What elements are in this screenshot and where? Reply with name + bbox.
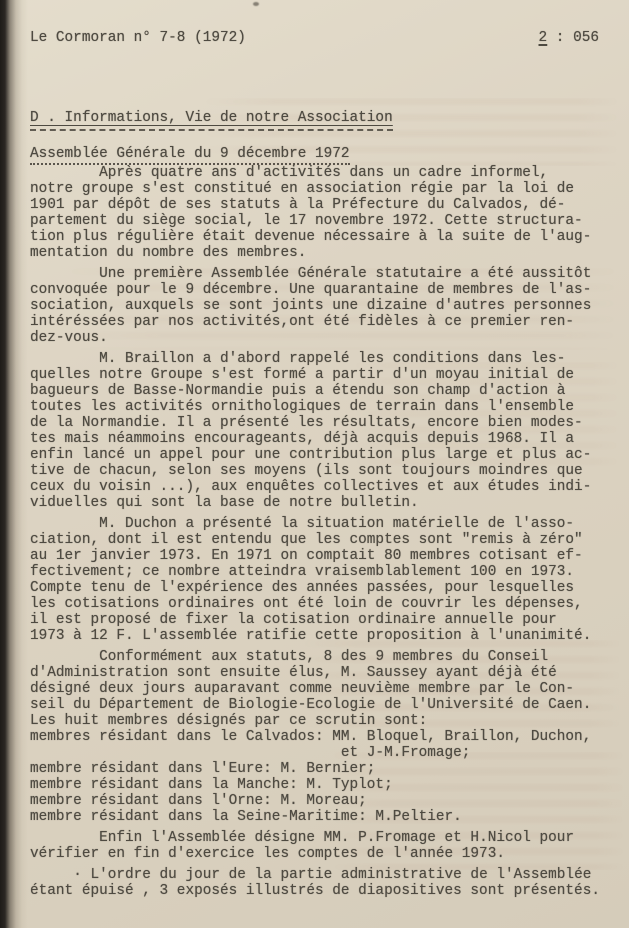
paragraph: M. Braillon a d'abord rappelé les condit… xyxy=(30,351,609,511)
subsection-heading: Assemblée Générale du 9 décembre 1972 xyxy=(30,146,609,165)
document-body: D . Informations, Vie de notre Associati… xyxy=(30,110,609,899)
journal-title: Le Cormoran n° 7-8 (1972) xyxy=(30,30,246,46)
paragraph: Conformément aux statuts, 8 des 9 membre… xyxy=(30,649,609,825)
page-reference-suffix: : 056 xyxy=(547,30,599,46)
paragraph: M. Duchon a présenté la situation matéri… xyxy=(30,516,609,644)
paragraph: · L'ordre du jour de la partie administr… xyxy=(30,867,609,899)
paragraph: Après quatre ans d'activités dans un cad… xyxy=(30,165,609,261)
page-reference: 2 : 056 xyxy=(539,30,599,46)
page-content: Le Cormoran n° 7-8 (1972) 2 : 056 D . In… xyxy=(0,0,629,928)
page-header: Le Cormoran n° 7-8 (1972) 2 : 056 xyxy=(30,30,599,46)
scanned-document-page: { "header": { "journal_title": "Le Cormo… xyxy=(0,0,629,928)
subsection-heading-text: Assemblée Générale du 9 décembre 1972 xyxy=(30,146,350,165)
paragraph: Enfin l'Assemblée désigne MM. P.Fromage … xyxy=(30,830,609,862)
section-heading-text: D . Informations, Vie de notre Associati… xyxy=(30,110,393,131)
paragraph: Une première Assemblée Générale statutai… xyxy=(30,266,609,346)
page-number: 2 xyxy=(539,30,548,46)
section-heading: D . Informations, Vie de notre Associati… xyxy=(30,110,609,131)
